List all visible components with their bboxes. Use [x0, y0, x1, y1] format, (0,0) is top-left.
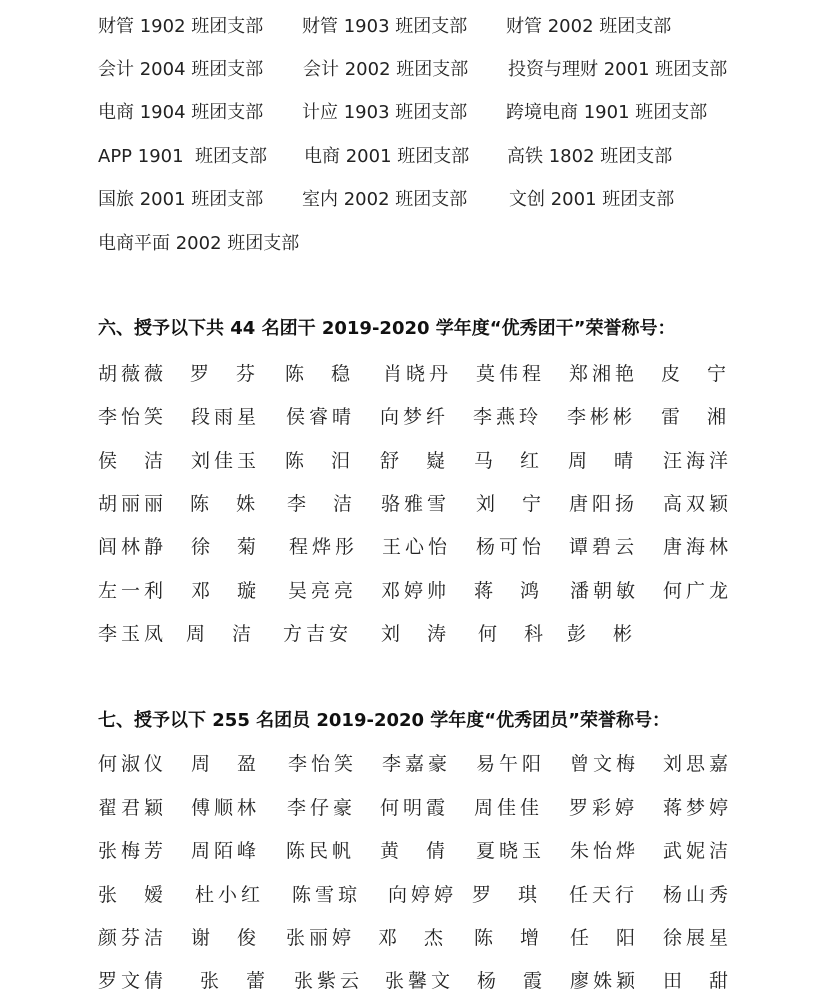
person-name: 蒋梦婷 — [663, 793, 732, 823]
person-name: 张紫云 — [294, 966, 363, 996]
person-name: 何 科 — [478, 619, 547, 649]
person-name: 胡薇薇 — [98, 359, 167, 389]
person-name: 杜小红 — [195, 880, 264, 910]
branch-name: 计应 1903 班团支部 — [302, 98, 467, 128]
person-name: 刘佳玉 — [191, 446, 260, 476]
branch-name: 高铁 1802 班团支部 — [507, 142, 672, 172]
branch-row: 国旅 2001 班团支部 室内 2002 班团支部 文创 2001 班团支部 — [0, 185, 827, 215]
branch-name: 电商平面 2002 班团支部 — [98, 229, 299, 259]
person-name: 骆雅雪 — [381, 489, 450, 519]
branch-name: 电商 2001 班团支部 — [304, 142, 469, 172]
person-name: 张 嫒 — [98, 880, 167, 910]
person-name: 李仔豪 — [287, 793, 356, 823]
person-name: 郑湘艳 — [569, 359, 638, 389]
person-name: 黄 倩 — [380, 836, 449, 866]
person-name: 任天行 — [569, 880, 638, 910]
person-name: 邓 杰 — [378, 923, 447, 953]
branch-name: 投资与理财 2001 班团支部 — [508, 55, 727, 85]
person-name: 罗 芬 — [190, 359, 259, 389]
person-name: 向梦纤 — [380, 402, 449, 432]
person-name: 邓婷帅 — [381, 576, 450, 606]
person-name: 段雨星 — [191, 402, 260, 432]
person-name: 李彬彬 — [567, 402, 636, 432]
name-row: 张梅芳 周陌峰 陈民帆 黄 倩 夏晓玉 朱怡烨 武妮洁 — [0, 836, 827, 866]
person-name: 彭 彬 — [567, 619, 636, 649]
person-name: 陈 稳 — [285, 359, 354, 389]
person-name: 刘思嘉 — [663, 749, 732, 779]
branch-name: 跨境电商 1901 班团支部 — [506, 98, 707, 128]
person-name: 高双颖 — [663, 489, 732, 519]
person-name: 陈 增 — [474, 923, 543, 953]
branch-name: 室内 2002 班团支部 — [302, 185, 467, 215]
name-row: 胡丽丽 陈 姝 李 洁 骆雅雪 刘 宁 唐阳扬 高双颖 — [0, 489, 827, 519]
name-row: 翟君颖 傅顺林 李仔豪 何明霞 周佳佳 罗彩婷 蒋梦婷 — [0, 793, 827, 823]
person-name: 汪海洋 — [663, 446, 732, 476]
branch-name: 财管 2002 班团支部 — [506, 12, 671, 42]
person-name: 张 蕾 — [200, 966, 269, 996]
branch-name: 会计 2004 班团支部 — [98, 55, 263, 85]
person-name: 刘 宁 — [476, 489, 545, 519]
person-name: 罗 琪 — [472, 880, 541, 910]
person-name: 唐海林 — [663, 532, 732, 562]
person-name: 谭碧云 — [569, 532, 638, 562]
name-row: 颜芬洁 谢 俊 张丽婷 邓 杰 陈 增 任 阳 徐展星 — [0, 923, 827, 953]
person-name: 王心怡 — [382, 532, 451, 562]
person-name: 陈雪琼 — [292, 880, 361, 910]
person-name: 陈 汨 — [285, 446, 354, 476]
person-name: 何明霞 — [380, 793, 449, 823]
branch-row: 电商 1904 班团支部 计应 1903 班团支部 跨境电商 1901 班团支部 — [0, 98, 827, 128]
person-name: 李嘉豪 — [382, 749, 451, 779]
person-name: 左一利 — [98, 576, 167, 606]
branch-name: 国旅 2001 班团支部 — [98, 185, 263, 215]
person-name: 夏晓玉 — [476, 836, 545, 866]
person-name: 邓 璇 — [191, 576, 260, 606]
person-name: 周佳佳 — [474, 793, 543, 823]
person-name: 周 晴 — [568, 446, 637, 476]
section-heading: 七、授予以下 255 名团员 2019-2020 学年度“优秀团员”荣誉称号： — [98, 706, 670, 736]
person-name: 廖姝颖 — [570, 966, 639, 996]
name-row: 李怡笑 段雨星 侯睿晴 向梦纤 李燕玲 李彬彬 雷 湘 — [0, 402, 827, 432]
person-name: 方吉安 — [283, 619, 352, 649]
name-row: 左一利 邓 璇 吴亮亮 邓婷帅 蒋 鸿 潘朝敏 何广龙 — [0, 576, 827, 606]
name-row: 闾林静 徐 菊 程烨彤 王心怡 杨可怡 谭碧云 唐海林 — [0, 532, 827, 562]
person-name: 傅顺林 — [191, 793, 260, 823]
name-row: 李玉凤 周 洁 方吉安 刘 涛 何 科 彭 彬 — [0, 619, 827, 649]
person-name: 李 洁 — [287, 489, 356, 519]
person-name: 周 盈 — [191, 749, 260, 779]
person-name: 陈民帆 — [286, 836, 355, 866]
person-name: 谢 俊 — [191, 923, 260, 953]
person-name: 杨可怡 — [476, 532, 545, 562]
person-name: 侯睿晴 — [286, 402, 355, 432]
person-name: 马 红 — [474, 446, 543, 476]
branch-name: APP 1901 班团支部 — [98, 142, 267, 172]
name-row: 侯 洁 刘佳玉 陈 汨 舒 嶷 马 红 周 晴 汪海洋 — [0, 446, 827, 476]
person-name: 徐 菊 — [191, 532, 260, 562]
person-name: 程烨彤 — [289, 532, 358, 562]
person-name: 罗文倩 — [98, 966, 167, 996]
branch-row: APP 1901 班团支部 电商 2001 班团支部 高铁 1802 班团支部 — [0, 142, 827, 172]
section-heading: 六、授予以下共 44 名团干 2019-2020 学年度“优秀团干”荣誉称号： — [98, 314, 675, 344]
person-name: 杨山秀 — [663, 880, 732, 910]
person-name: 刘 涛 — [381, 619, 450, 649]
person-name: 闾林静 — [98, 532, 167, 562]
person-name: 易午阳 — [476, 749, 545, 779]
branch-name: 会计 2002 班团支部 — [303, 55, 468, 85]
person-name: 张梅芳 — [98, 836, 167, 866]
branch-row: 财管 1902 班团支部 财管 1903 班团支部 财管 2002 班团支部 — [0, 12, 827, 42]
person-name: 任 阳 — [570, 923, 639, 953]
person-name: 周 洁 — [186, 619, 255, 649]
person-name: 张馨文 — [385, 966, 454, 996]
branch-name: 财管 1903 班团支部 — [302, 12, 467, 42]
person-name: 皮 宁 — [661, 359, 730, 389]
person-name: 潘朝敏 — [570, 576, 639, 606]
name-row: 何淑仪 周 盈 李怡笑 李嘉豪 易午阳 曾文梅 刘思嘉 — [0, 749, 827, 779]
person-name: 吴亮亮 — [288, 576, 357, 606]
person-name: 李燕玲 — [473, 402, 542, 432]
person-name: 李怡笑 — [288, 749, 357, 779]
person-name: 李玉凤 — [98, 619, 167, 649]
name-row: 罗文倩 张 蕾 张紫云 张馨文 杨 霞 廖姝颖 田 甜 — [0, 966, 827, 996]
person-name: 雷 湘 — [661, 402, 730, 432]
person-name: 曾文梅 — [570, 749, 639, 779]
person-name: 张丽婷 — [286, 923, 355, 953]
person-name: 罗彩婷 — [569, 793, 638, 823]
person-name: 朱怡烨 — [570, 836, 639, 866]
person-name: 杨 霞 — [477, 966, 546, 996]
branch-name: 财管 1902 班团支部 — [98, 12, 263, 42]
person-name: 蒋 鸿 — [474, 576, 543, 606]
person-name: 唐阳扬 — [569, 489, 638, 519]
person-name: 周陌峰 — [191, 836, 260, 866]
branch-name: 电商 1904 班团支部 — [98, 98, 263, 128]
person-name: 何广龙 — [663, 576, 732, 606]
name-row: 胡薇薇 罗 芬 陈 稳 肖晓丹 莫伟程 郑湘艳 皮 宁 — [0, 359, 827, 389]
branch-row: 会计 2004 班团支部 会计 2002 班团支部 投资与理财 2001 班团支… — [0, 55, 827, 85]
person-name: 肖晓丹 — [383, 359, 452, 389]
document-page: 财管 1902 班团支部 财管 1903 班团支部 财管 2002 班团支部 会… — [0, 0, 827, 1003]
person-name: 翟君颖 — [98, 793, 167, 823]
branch-name: 文创 2001 班团支部 — [509, 185, 674, 215]
person-name: 侯 洁 — [98, 446, 167, 476]
person-name: 何淑仪 — [98, 749, 167, 779]
person-name: 田 甜 — [663, 966, 732, 996]
branch-row: 电商平面 2002 班团支部 — [0, 229, 827, 259]
person-name: 颜芬洁 — [98, 923, 167, 953]
person-name: 武妮洁 — [663, 836, 732, 866]
person-name: 莫伟程 — [476, 359, 545, 389]
person-name: 向婷婷 — [388, 880, 457, 910]
person-name: 胡丽丽 — [98, 489, 167, 519]
person-name: 李怡笑 — [98, 402, 167, 432]
person-name: 徐展星 — [663, 923, 732, 953]
person-name: 舒 嶷 — [380, 446, 449, 476]
person-name: 陈 姝 — [190, 489, 259, 519]
name-row: 张 嫒 杜小红 陈雪琼 向婷婷 罗 琪 任天行 杨山秀 — [0, 880, 827, 910]
